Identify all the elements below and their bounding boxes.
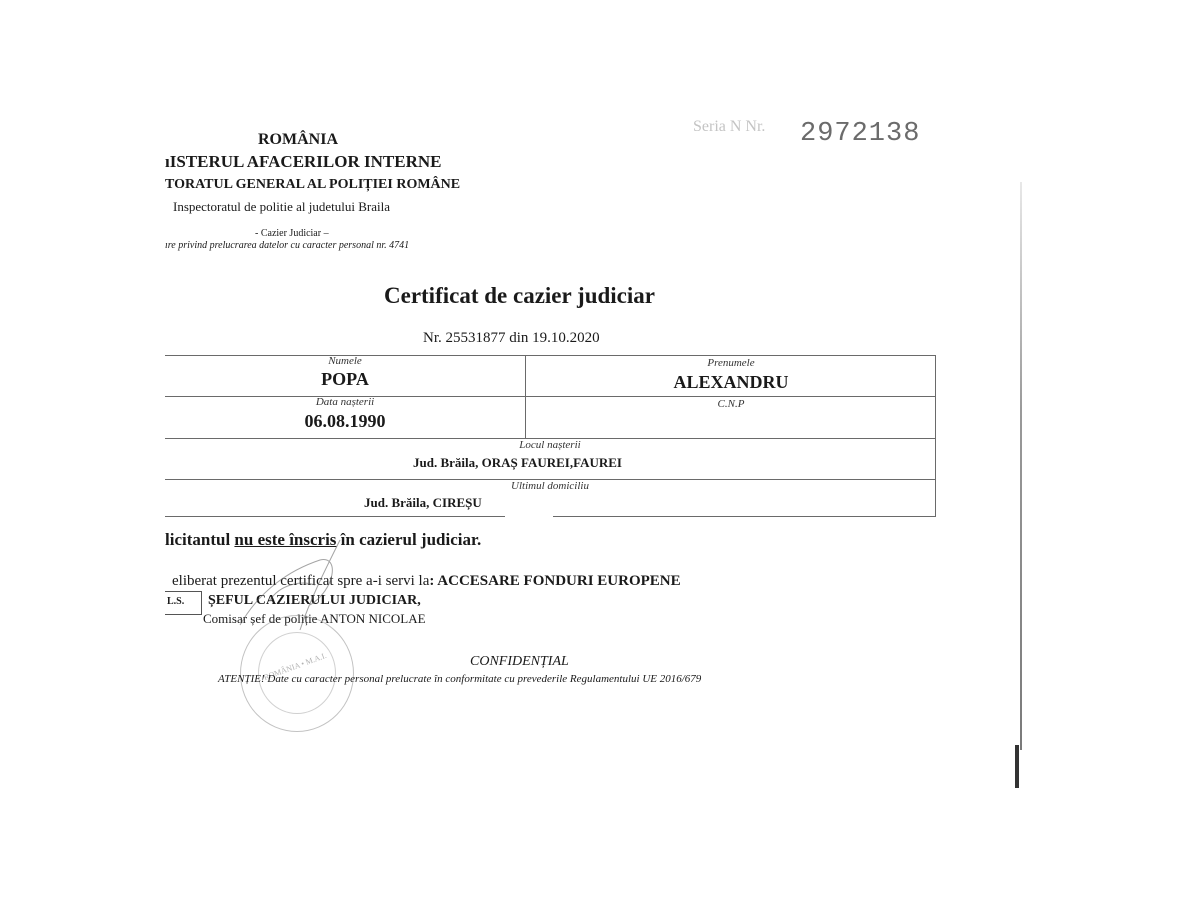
series-label: Seria N Nr. (693, 118, 765, 136)
page-edge-mark (1015, 745, 1019, 788)
ministry-heading: ıISTERUL AFACERILOR INTERNE (165, 152, 441, 172)
birth-date-value: 06.08.1990 (165, 411, 525, 432)
criminal-record-statement: licitantul nu este înscris în cazierul j… (165, 530, 481, 550)
last-domicile-label: Ultimul domiciliu (165, 480, 935, 492)
given-name-value: ALEXANDRU (526, 372, 936, 393)
general-inspectorate-heading: TORATUL GENERAL AL POLIȚIEI ROMÂNE (165, 177, 460, 193)
series-number: 2972138 (800, 119, 920, 149)
department-label: - Cazier Judiciar – (255, 228, 329, 239)
ls-mark: L.S. (167, 596, 184, 607)
gdpr-notice: ATENȚIE! Date cu caracter personal prelu… (218, 673, 701, 685)
given-name-label: Prenumele (526, 357, 936, 369)
table-border-bottom-left (165, 516, 505, 517)
purpose-prefix: eliberat prezentul certificat spre a-i s… (172, 573, 429, 589)
birth-place-label: Locul nașterii (165, 439, 935, 451)
signatory-title: ȘEFUL CAZIERULUI JUDICIAR, (208, 593, 421, 609)
surname-label: Numele (165, 355, 525, 367)
cnp-label: C.N.P (526, 398, 936, 410)
data-protection-notice: ıre privind prelucrarea datelor cu carac… (165, 240, 409, 251)
statement-suffix: în cazierul judiciar. (336, 530, 481, 549)
statement-status: nu este înscris (234, 530, 336, 549)
county-inspectorate-heading: Inspectoratul de politie al judetului Br… (173, 199, 390, 215)
confidential-label: CONFIDENȚIAL (470, 654, 569, 670)
statement-prefix: licitantul (165, 530, 234, 549)
country-heading: ROMÂNIA (258, 131, 338, 149)
surname-value: POPA (165, 369, 525, 390)
birth-date-label: Data nașterii (165, 396, 525, 408)
birth-place-value: Jud. Brăila, ORAȘ FAUREI,FAUREI (413, 455, 622, 471)
document-number-line: Nr. 25531877 din 19.10.2020 (423, 330, 600, 347)
table-border-bottom-right (553, 516, 936, 517)
last-domicile-value: Jud. Brăila, CIREȘU (364, 495, 482, 511)
purpose-line: eliberat prezentul certificat spre a-i s… (172, 573, 681, 590)
purpose-value: : ACCESARE FONDURI EUROPENE (429, 573, 680, 589)
page-edge-line (1020, 182, 1022, 750)
document-title: Certificat de cazier judiciar (384, 283, 655, 309)
